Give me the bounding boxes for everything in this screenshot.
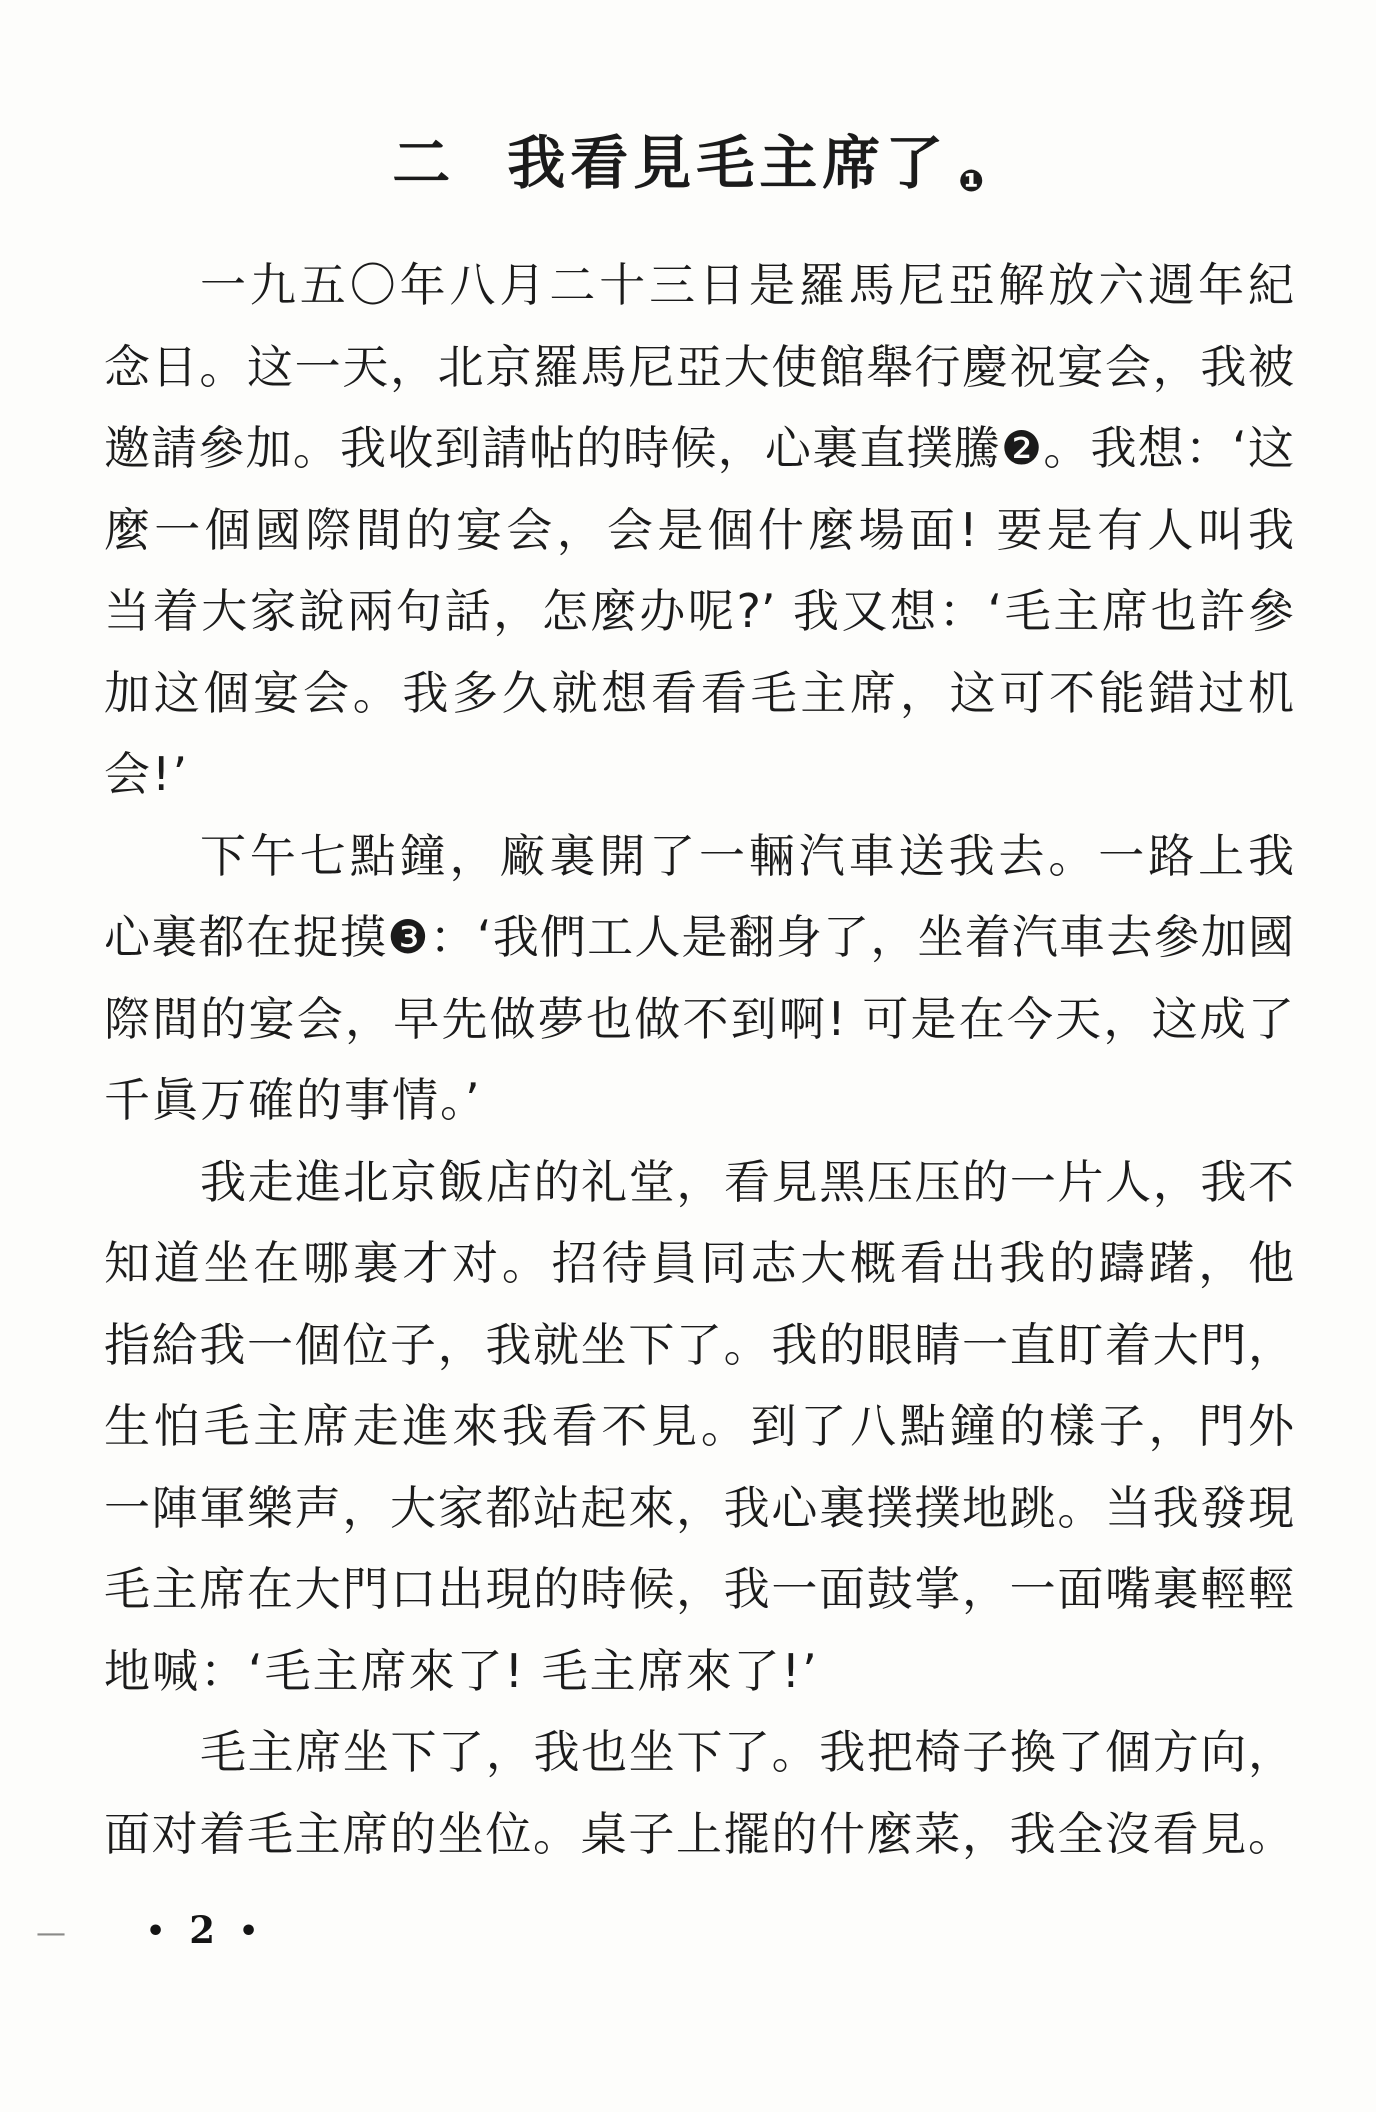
text-line: 会!’ [104,734,1294,816]
text-line: 麼一個國際間的宴会，会是個什麼場面! 要是有人叫我 [104,490,1294,572]
text-line: 加这個宴会。我多久就想看看毛主席，这可不能錯过机 [104,653,1294,735]
footnote-marker-1: ❶ [958,164,983,199]
page-number-value: 2 [189,1908,215,1952]
chapter-number: 二 [392,129,455,197]
text-line: 際間的宴会，早先做夢也做不到啊! 可是在今天，这成了 [104,979,1294,1061]
text-line: 邀請參加。我收到請帖的時候，心裏直撲騰❷。我想：‘这 [104,408,1294,490]
text-line: 毛主席坐下了，我也坐下了。我把椅子換了個方向， [104,1712,1294,1794]
text-line: 一陣軍樂声，大家都站起來，我心裏撲撲地跳。当我發現 [104,1468,1294,1550]
body-text: 一九五〇年八月二十三日是羅馬尼亞解放六週年紀念日。这一天，北京羅馬尼亞大使館舉行… [104,245,1294,1875]
page-number-right-dot: • [239,1914,258,1949]
page-number-left-dot: • [146,1914,165,1949]
text-line: 我走進北京飯店的礼堂，看見黑压压的一片人，我不 [104,1142,1294,1224]
text-line: 当着大家說兩句話，怎麼办呢?’ 我又想：‘毛主席也許參 [104,571,1294,653]
chapter-title: 二我看見毛主席了❶ [0,116,1376,200]
text-line: 生怕毛主席走進來我看不見。到了八點鐘的樣子，門外 [104,1386,1294,1468]
text-line: 千眞万確的事情。’ [104,1060,1294,1142]
text-line: 指給我一個位子，我就坐下了。我的眼睛一直盯着大門， [104,1305,1294,1387]
chapter-title-text: 我看見毛主席了 [507,129,948,197]
book-page: 二我看見毛主席了❶ 一九五〇年八月二十三日是羅馬尼亞解放六週年紀念日。这一天，北… [0,0,1376,2112]
text-line: 下午七點鐘，廠裏開了一輛汽車送我去。一路上我 [104,816,1294,898]
text-line: 念日。这一天，北京羅馬尼亞大使館舉行慶祝宴会，我被 [104,327,1294,409]
text-line: 心裏都在捉摸❸：‘我們工人是翻身了，坐着汽車去參加國 [104,897,1294,979]
text-line: 面对着毛主席的坐位。桌子上擺的什麼菜，我全沒看見。 [104,1794,1294,1876]
text-line: 毛主席在大門口出現的時候，我一面鼓掌，一面嘴裏輕輕 [104,1549,1294,1631]
text-line: 地喊：‘毛主席來了! 毛主席來了!’ [104,1631,1294,1713]
page-number: •2• [146,1902,258,1960]
text-line: 一九五〇年八月二十三日是羅馬尼亞解放六週年紀 [104,245,1294,327]
margin-mark: — [36,1916,66,1951]
text-line: 知道坐在哪裏才对。招待員同志大概看出我的躊躇，他 [104,1223,1294,1305]
